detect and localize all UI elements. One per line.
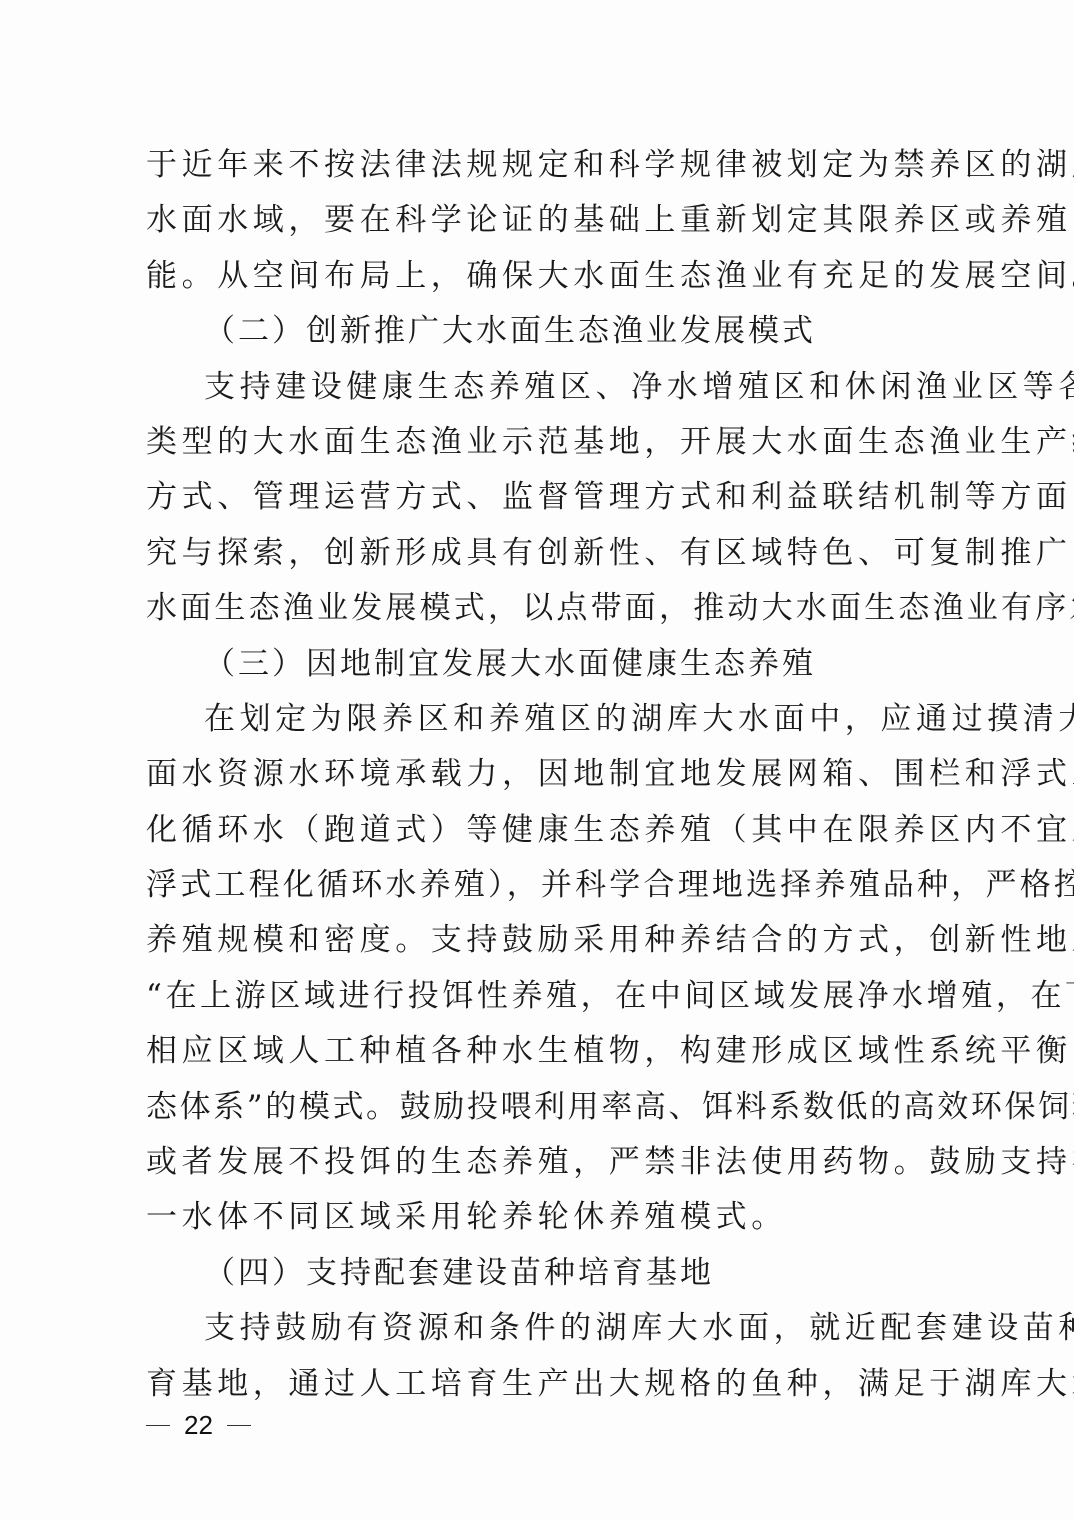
text-line: 化循环水（跑道式）等健康生态养殖（其中在限养区内不宜发展 <box>146 803 946 858</box>
paragraph-start: 支持鼓励有资源和条件的湖库大水面，就近配套建设苗种培 <box>146 1301 946 1356</box>
body-text: 于近年来不按法律法规规定和科学规律被划定为禁养区的湖库大 水面水域，要在科学论证… <box>146 138 946 1412</box>
page-number: 22 <box>146 1410 251 1441</box>
text-line: 究与探索，创新形成具有创新性、有区域特色、可复制推广的大 <box>146 526 946 581</box>
paragraph-start: 支持建设健康生态养殖区、净水增殖区和休闲渔业区等各种 <box>146 360 946 415</box>
text-line: 方式、管理运营方式、监督管理方式和利益联结机制等方面的研 <box>146 470 946 525</box>
section-heading-2: （二）创新推广大水面生态渔业发展模式 <box>146 304 946 359</box>
text-line: 类型的大水面生态渔业示范基地，开展大水面生态渔业生产经营 <box>146 415 946 470</box>
text-line: 面水资源水环境承载力，因地制宜地发展网箱、围栏和浮式工程 <box>146 747 946 802</box>
dash-left <box>146 1425 170 1427</box>
text-line: “在上游区域进行投饵性养殖，在中间区域发展净水增殖，在下游 <box>146 969 946 1024</box>
text-line: 水面水域，要在科学论证的基础上重新划定其限养区或养殖区功 <box>146 193 946 248</box>
section-heading-3: （三）因地制宜发展大水面健康生态养殖 <box>146 637 946 692</box>
text-line: 态体系”的模式。鼓励投喂利用率高、饵料系数低的高效环保饲料， <box>146 1080 946 1135</box>
text-line: 水面生态渔业发展模式，以点带面，推动大水面生态渔业有序发展。 <box>146 581 946 636</box>
dash-right <box>227 1425 251 1427</box>
page-number-value: 22 <box>184 1410 213 1441</box>
text-line: 或者发展不投饵的生态养殖，严禁非法使用药物。鼓励支持在同 <box>146 1135 946 1190</box>
paragraph-start: 在划定为限养区和养殖区的湖库大水面中，应通过摸清大水 <box>146 692 946 747</box>
text-line: 相应区域人工种植各种水生植物，构建形成区域性系统平衡的生 <box>146 1024 946 1079</box>
text-line: 一水体不同区域采用轮养轮休养殖模式。 <box>146 1190 946 1245</box>
text-line: 能。从空间布局上，确保大水面生态渔业有充足的发展空间。 <box>146 249 946 304</box>
text-line: 育基地，通过人工培育生产出大规格的鱼种，满足于湖库大水面 <box>146 1357 946 1412</box>
text-line: 于近年来不按法律法规规定和科学规律被划定为禁养区的湖库大 <box>146 138 946 193</box>
text-line: 浮式工程化循环水养殖），并科学合理地选择养殖品种，严格控制 <box>146 858 946 913</box>
text-line: 养殖规模和密度。支持鼓励采用种养结合的方式，创新性地发展 <box>146 913 946 968</box>
section-heading-4: （四）支持配套建设苗种培育基地 <box>146 1246 946 1301</box>
document-page: 于近年来不按法律法规规定和科学规律被划定为禁养区的湖库大 水面水域，要在科学论证… <box>0 0 1074 1520</box>
